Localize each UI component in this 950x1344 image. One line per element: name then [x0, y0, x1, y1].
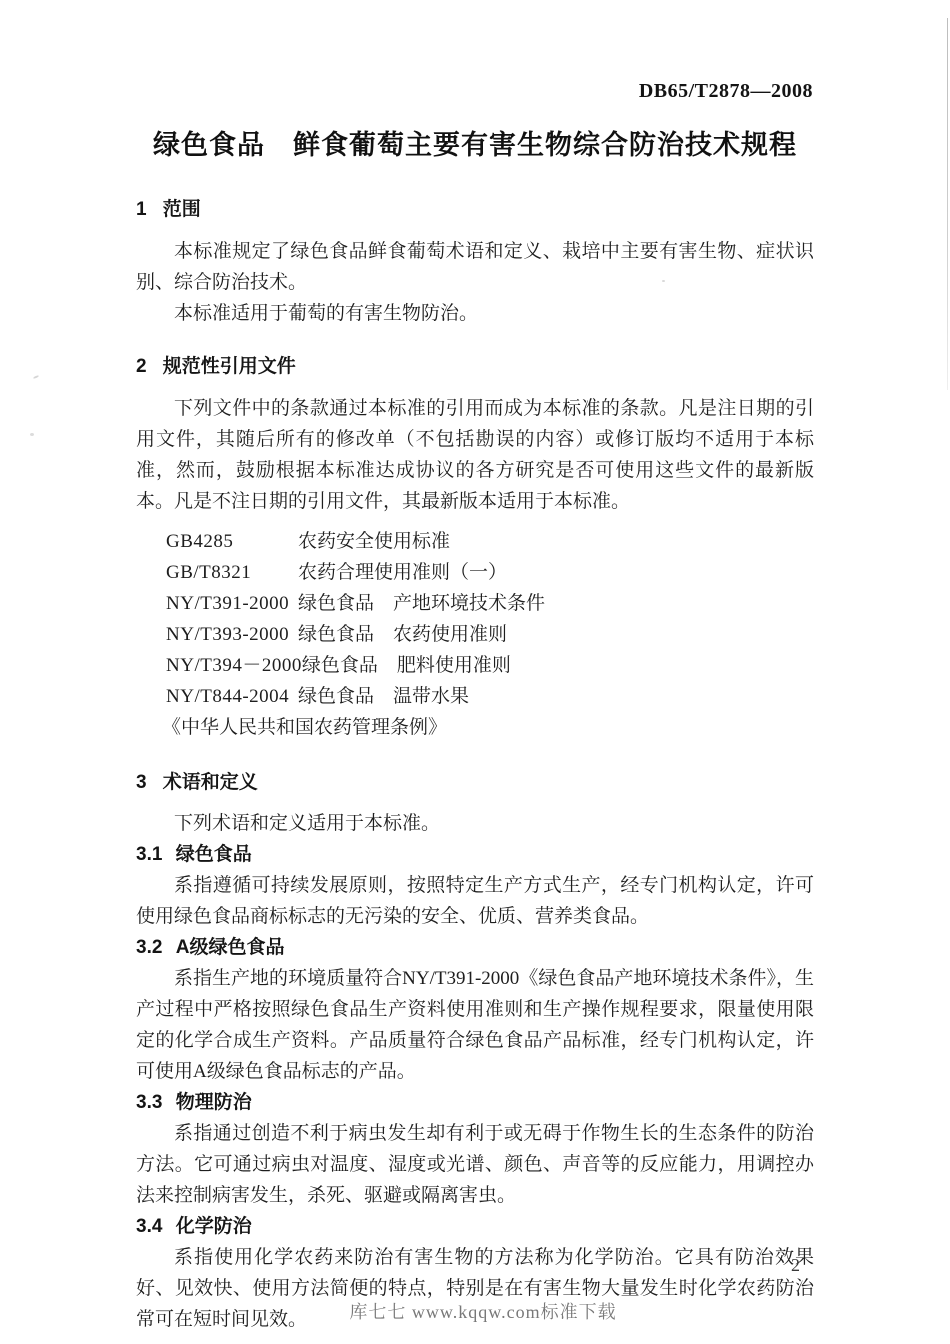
term-name: 化学防治: [176, 1216, 252, 1237]
scan-artifact: [30, 433, 34, 436]
reference-regulation: 《中华人民共和国农药管理条例》: [136, 712, 814, 743]
section-title: 范围: [163, 199, 201, 220]
reference-item: NY/T393-2000绿色食品 农药使用准则: [136, 619, 814, 650]
term-heading-grade-a-green-food: 3.2A级绿色食品: [136, 932, 814, 963]
scope-paragraph-1: 本标准规定了绿色食品鲜食葡萄术语和定义、栽培中主要有害生物、症状识别、综合防治技…: [136, 236, 814, 298]
reference-title: 绿色食品 农药使用准则: [298, 624, 507, 645]
reference-list: GB4285农药安全使用标准 GB/T8321农药合理使用准则（一） NY/T3…: [136, 526, 814, 743]
term-heading-chemical-control: 3.4化学防治: [136, 1211, 814, 1242]
watermark-text: 库七七 www.kqqw.com标准下载: [349, 1298, 616, 1324]
term-definition: 系指生产地的环境质量符合NY/T391-2000《绿色食品产地环境技术条件》，生…: [136, 963, 814, 1087]
reference-title: 农药合理使用准则（一）: [298, 562, 507, 583]
section-title: 术语和定义: [163, 772, 258, 793]
section-heading-scope: 1范围: [136, 198, 814, 222]
terms-intro: 下列术语和定义适用于本标准。: [136, 808, 814, 839]
section-number: 2: [136, 356, 147, 377]
reference-title: 绿色食品 温带水果: [298, 686, 469, 707]
references-intro: 下列文件中的条款通过本标准的引用而成为本标准的条款。凡是注日期的引用文件，其随后…: [136, 393, 814, 517]
reference-code: NY/T393-2000: [166, 619, 298, 650]
scan-artifact: [33, 375, 39, 379]
reference-code: NY/T391-2000: [166, 588, 298, 619]
scan-edge-artifact: [947, 18, 948, 390]
reference-item: NY/T844-2004绿色食品 温带水果: [136, 681, 814, 712]
reference-item: NY/T394－2000绿色食品 肥料使用准则: [136, 650, 814, 681]
section-number: 3: [136, 772, 147, 793]
section-title: 规范性引用文件: [163, 356, 296, 377]
document-title: 绿色食品 鲜食葡萄主要有害生物综合防治技术规程: [136, 124, 814, 166]
section-number: 1: [136, 199, 147, 220]
term-heading-green-food: 3.1绿色食品: [136, 839, 814, 870]
reference-title: 绿色食品 肥料使用准则: [302, 655, 511, 676]
term-definition: 系指遵循可持续发展原则，按照特定生产方式生产，经专门机构认定，许可使用绿色食品商…: [136, 870, 814, 932]
reference-title: 绿色食品 产地环境技术条件: [298, 593, 545, 614]
page-number: 2: [791, 1255, 800, 1276]
term-definition: 系指通过创造不利于病虫发生却有利于或无碍于作物生长的生态条件的防治方法。它可通过…: [136, 1118, 814, 1211]
standard-code: DB65/T2878—2008: [639, 80, 813, 103]
term-name: 物理防治: [176, 1092, 252, 1113]
term-name: 绿色食品: [176, 844, 252, 865]
document-page: DB65/T2878—2008 绿色食品 鲜食葡萄主要有害生物综合防治技术规程 …: [0, 0, 950, 1344]
reference-title: 农药安全使用标准: [298, 531, 450, 552]
section-heading-references: 2规范性引用文件: [136, 355, 814, 379]
term-number: 3.3: [136, 1092, 162, 1113]
reference-code: NY/T394－2000: [166, 650, 302, 681]
reference-code: NY/T844-2004: [166, 681, 298, 712]
term-number: 3.2: [136, 937, 162, 958]
document-content: 绿色食品 鲜食葡萄主要有害生物综合防治技术规程 1范围 本标准规定了绿色食品鲜食…: [136, 124, 814, 1335]
reference-code: GB/T8321: [166, 557, 298, 588]
reference-code: GB4285: [166, 526, 298, 557]
reference-item: NY/T391-2000绿色食品 产地环境技术条件: [136, 588, 814, 619]
term-number: 3.1: [136, 844, 162, 865]
reference-item: GB/T8321农药合理使用准则（一）: [136, 557, 814, 588]
term-name: A级绿色食品: [176, 937, 285, 958]
section-heading-terms: 3术语和定义: [136, 771, 814, 795]
terms-block: 下列术语和定义适用于本标准。 3.1绿色食品 系指遵循可持续发展原则，按照特定生…: [136, 808, 814, 1335]
scope-paragraph-2: 本标准适用于葡萄的有害生物防治。: [136, 298, 814, 329]
term-number: 3.4: [136, 1216, 162, 1237]
term-heading-physical-control: 3.3物理防治: [136, 1087, 814, 1118]
reference-item: GB4285农药安全使用标准: [136, 526, 814, 557]
